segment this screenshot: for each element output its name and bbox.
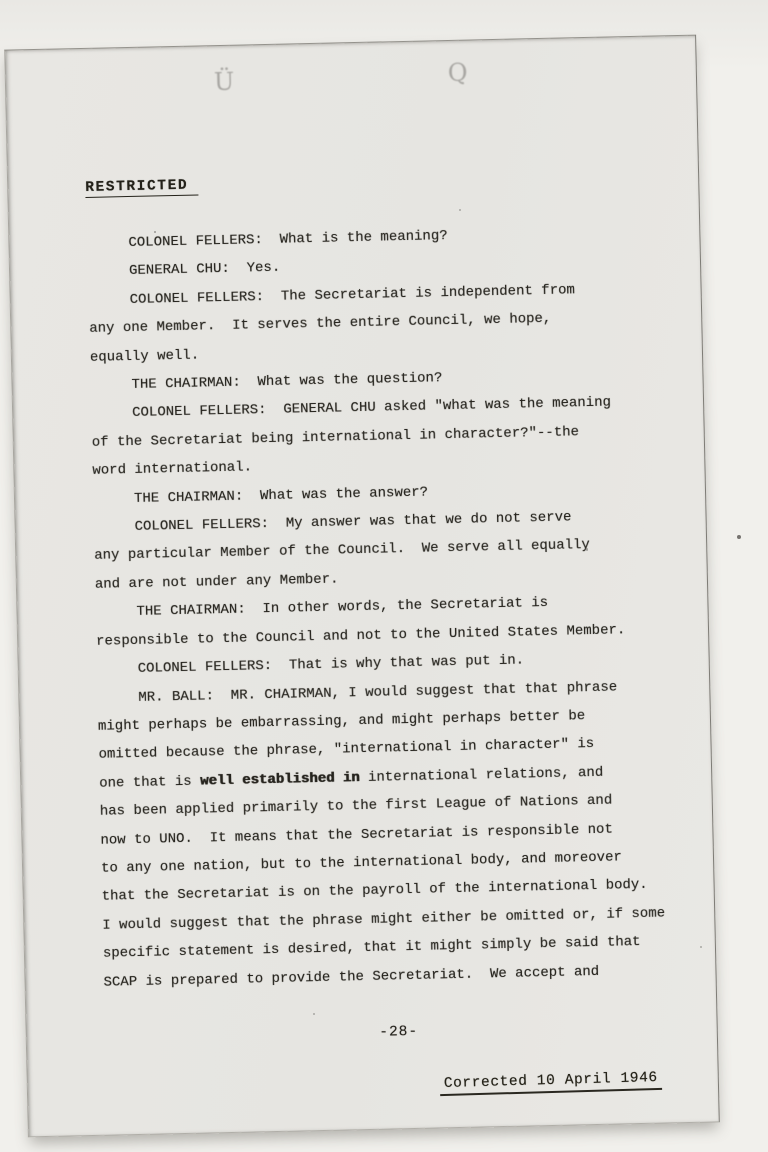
line-text: MR. BALL: MR. CHAIRMAN, I would suggest … — [138, 679, 617, 705]
overstruck-text: well established in — [200, 770, 360, 789]
line-text: and are not under any Member. — [95, 571, 339, 592]
dust-speck — [737, 535, 741, 539]
dust-speck — [154, 231, 156, 233]
document-scan: Ü Q RESTRICTED COLONEL FELLERS: What is … — [0, 0, 768, 1152]
line-text: COLONEL FELLERS: The Secretariat is inde… — [130, 282, 576, 308]
line-text: equally well. — [90, 347, 200, 365]
line-text: THE CHAIRMAN: In other words, the Secret… — [136, 595, 548, 620]
line-text: responsible to the Council and not to th… — [96, 622, 626, 650]
line-text: any particular Member of the Council. We… — [94, 537, 590, 564]
line-text: one that is — [99, 773, 200, 791]
dust-speck — [586, 548, 588, 551]
ink-smudge-mark: Q — [448, 59, 468, 87]
line-text: THE CHAIRMAN: What was the answer? — [134, 484, 428, 506]
line-text: SCAP is prepared to provide the Secretar… — [103, 963, 599, 990]
transcript: COLONEL FELLERS: What is the meaning?GEN… — [87, 217, 700, 997]
line-text: omitted because the phrase, "internation… — [98, 736, 594, 763]
line-text: COLONEL FELLERS: GENERAL CHU asked "what… — [132, 395, 611, 421]
ink-smudge-mark: Ü — [214, 68, 235, 96]
line-text: COLONEL FELLERS: What is the meaning? — [128, 228, 448, 251]
line-text: has been applied primarily to the first … — [100, 793, 613, 820]
line-text: THE CHAIRMAN: What was the question? — [131, 370, 442, 393]
document-page: Ü Q RESTRICTED COLONEL FELLERS: What is … — [4, 35, 720, 1138]
line-text: might perhaps be embarrassing, and might… — [98, 708, 586, 735]
line-text: international relations, and — [359, 765, 603, 786]
line-text: now to UNO. It means that the Secretaria… — [100, 821, 613, 848]
dust-speck — [459, 209, 461, 211]
classification-heading: RESTRICTED — [85, 177, 198, 197]
correction-note: Corrected 10 April 1946 — [440, 1070, 662, 1096]
line-text: specific statement is desired, that it m… — [103, 934, 641, 962]
line-text: COLONEL FELLERS: That is why that was pu… — [138, 653, 525, 677]
line-text: any one Member. It serves the entire Cou… — [89, 311, 551, 337]
dust-speck — [313, 1013, 315, 1015]
line-text: of the Secretariat being international i… — [92, 424, 580, 451]
dust-speck — [700, 946, 702, 948]
line-text: word international. — [92, 460, 252, 479]
line-text: COLONEL FELLERS: My answer was that we d… — [134, 509, 571, 535]
page-number: -28- — [27, 1017, 717, 1048]
line-text: GENERAL CHU: Yes. — [129, 260, 281, 279]
